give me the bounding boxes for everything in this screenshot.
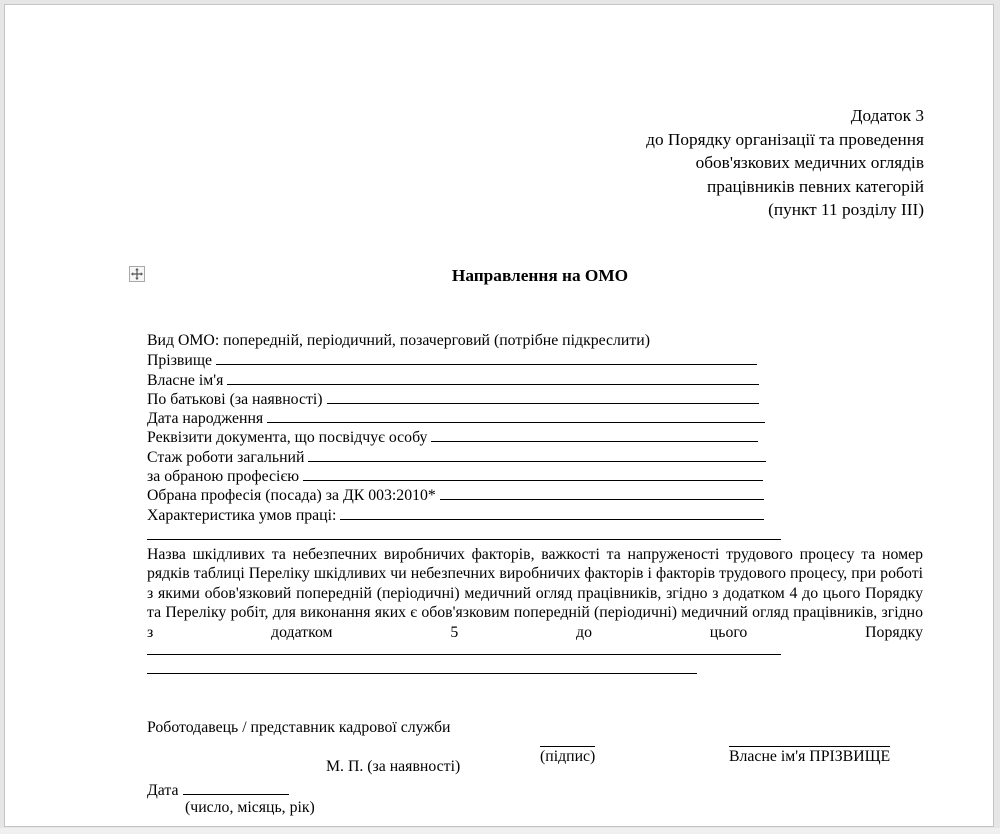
field-label: Прізвище (147, 352, 212, 369)
appendix-line: до Порядку організації та проведення (646, 128, 924, 152)
field-surname: Прізвище (147, 350, 923, 369)
factors-paragraph: Назва шкідливих та небезпечних виробничи… (147, 545, 923, 642)
appendix-line: обов'язкових медичних оглядів (646, 151, 924, 175)
omo-type-line: Вид ОМО: попередній, періодичний, позаче… (147, 331, 923, 350)
field-label: Дата народження (147, 410, 263, 427)
id-document-input-line[interactable] (431, 427, 758, 442)
document-page: Додаток 3 до Порядку організації та пров… (4, 4, 994, 827)
appendix-line: працівників певних категорій (646, 175, 924, 199)
field-label: за обраною професією (147, 468, 299, 485)
factors-input-line-2[interactable] (147, 673, 697, 674)
field-label: Обрана професія (посада) за ДК 003:2010* (147, 487, 436, 504)
appendix-line: Додаток 3 (646, 104, 924, 128)
stamp-label: М. П. (за наявності) (326, 758, 460, 776)
field-label: Стаж роботи загальний (147, 449, 304, 466)
field-profession: Обрана професія (посада) за ДК 003:2010* (147, 485, 923, 504)
date-input-line[interactable] (183, 781, 289, 795)
signature-field[interactable]: (підпис) (540, 746, 595, 766)
window-bottom-strip (0, 828, 1000, 834)
work-conditions-continuation-line[interactable] (147, 539, 781, 540)
date-label: Дата (147, 782, 179, 799)
surname-input-line[interactable] (216, 350, 757, 365)
document-title: Направлення на ОМО (5, 266, 1000, 286)
signature-caption: (підпис) (540, 748, 595, 765)
name-caption: Власне ім'я ПРІЗВИЩЕ (729, 748, 890, 765)
field-id-document: Реквізити документа, що посвідчує особу (147, 427, 923, 446)
field-label: Характеристика умов праці: (147, 507, 336, 524)
referral-form: Вид ОМО: попередній, періодичний, позаче… (147, 331, 923, 524)
field-label: Реквізити документа, що посвідчує особу (147, 429, 427, 446)
birth-date-input-line[interactable] (267, 408, 765, 423)
total-experience-input-line[interactable] (308, 447, 766, 462)
field-profession-experience: за обраною професією (147, 466, 923, 485)
profession-input-line[interactable] (440, 485, 764, 500)
field-total-experience: Стаж роботи загальний (147, 447, 923, 466)
date-row: Дата (147, 781, 289, 800)
date-caption: (число, місяць, рік) (185, 799, 315, 817)
field-work-conditions: Характеристика умов праці: (147, 505, 923, 524)
field-label: Власне ім'я (147, 372, 223, 389)
appendix-line: (пункт 11 розділу III) (646, 198, 924, 222)
field-label: По батькові (за наявності) (147, 391, 323, 408)
appendix-header: Додаток 3 до Порядку організації та пров… (646, 104, 924, 222)
work-conditions-input-line[interactable] (340, 505, 764, 520)
field-first-name: Власне ім'я (147, 370, 923, 389)
profession-experience-input-line[interactable] (303, 466, 763, 481)
field-birth-date: Дата народження (147, 408, 923, 427)
employer-label: Роботодавець / представник кадрової служ… (147, 719, 450, 737)
factors-input-line-1[interactable] (147, 654, 781, 655)
first-name-input-line[interactable] (227, 370, 759, 385)
patronymic-input-line[interactable] (327, 389, 759, 404)
field-patronymic: По батькові (за наявності) (147, 389, 923, 408)
name-field[interactable]: Власне ім'я ПРІЗВИЩЕ (729, 746, 890, 766)
